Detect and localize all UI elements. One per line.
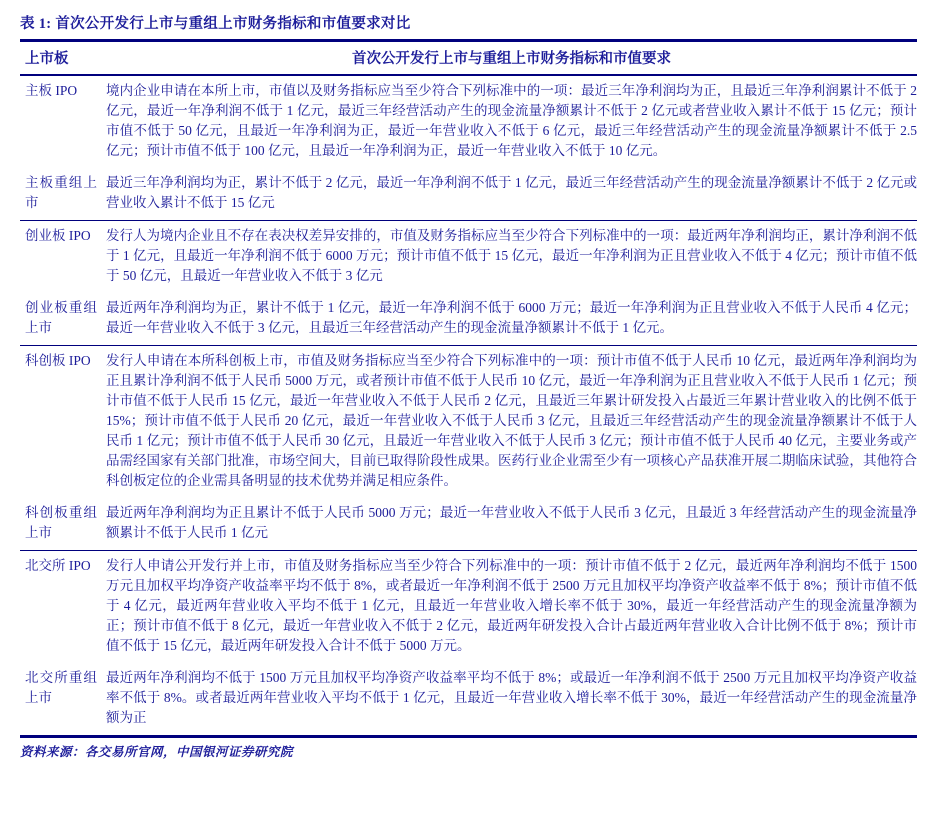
table-header-row: 上市板 首次公开发行上市与重组上市财务指标和市值要求: [20, 42, 917, 76]
table-row: 北交所 IPO 发行人申请公开发行并上市，市值及财务指标应当至少符合下列标准中的…: [20, 551, 917, 663]
table-row: 主板 IPO 境内企业申请在本所上市，市值以及财务指标应当至少符合下列标准中的一…: [20, 76, 917, 168]
row-requirements: 最近两年净利润均不低于 1500 万元且加权平均净资产收益率平均不低于 8%；或…: [106, 668, 917, 728]
board-label: 科创板 IPO: [25, 351, 97, 491]
board-label: 创业板 IPO: [25, 226, 97, 286]
table-group-star-market: 科创板 IPO 发行人申请在本所科创板上市，市值及财务指标应当至少符合下列标准中…: [20, 346, 917, 551]
row-requirements: 发行人为境内企业且不存在表决权差异安排的，市值及财务指标应当至少符合下列标准中的…: [106, 226, 917, 286]
table-row: 科创板重组上市 最近两年净利润均为正且累计不低于人民币 5000 万元；最近一年…: [20, 498, 917, 550]
source-label: 资料来源：: [20, 745, 85, 759]
row-requirements: 最近三年净利润均为正，累计不低于 2 亿元，最近一年净利润不低于 1 亿元，最近…: [106, 173, 917, 213]
header-criteria-column: 首次公开发行上市与重组上市财务指标和市值要求: [106, 47, 917, 68]
table-row: 科创板 IPO 发行人申请在本所科创板上市，市值及财务指标应当至少符合下列标准中…: [20, 346, 917, 498]
row-requirements: 发行人申请在本所科创板上市，市值及财务指标应当至少符合下列标准中的一项：预计市值…: [106, 351, 917, 491]
requirements-table: 上市板 首次公开发行上市与重组上市财务指标和市值要求 主板 IPO 境内企业申请…: [20, 39, 917, 738]
table-row: 创业板重组上市 最近两年净利润均为正，累计不低于 1 亿元，最近一年净利润不低于…: [20, 293, 917, 345]
table-group-bse: 北交所 IPO 发行人申请公开发行并上市，市值及财务指标应当至少符合下列标准中的…: [20, 551, 917, 735]
table-group-chinext: 创业板 IPO 发行人为境内企业且不存在表决权差异安排的，市值及财务指标应当至少…: [20, 221, 917, 346]
board-label: 北交所 IPO: [25, 556, 97, 656]
board-label: 主板 IPO: [25, 81, 97, 161]
board-label: 北交所重组上市: [25, 668, 97, 728]
row-requirements: 最近两年净利润均为正，累计不低于 1 亿元，最近一年净利润不低于 6000 万元…: [106, 298, 917, 338]
row-requirements: 发行人申请公开发行并上市，市值及财务指标应当至少符合下列标准中的一项：预计市值不…: [106, 556, 917, 656]
board-label: 创业板重组上市: [25, 298, 97, 338]
board-label: 主板重组上市: [25, 173, 97, 213]
table-title: 表 1: 首次公开发行上市与重组上市财务指标和市值要求对比: [20, 10, 917, 39]
source-note: 资料来源：各交易所官网，中国银河证券研究院: [20, 738, 917, 760]
board-label: 科创板重组上市: [25, 503, 97, 543]
source-text: 各交易所官网，中国银河证券研究院: [85, 745, 293, 759]
table-row: 北交所重组上市 最近两年净利润均不低于 1500 万元且加权平均净资产收益率平均…: [20, 663, 917, 735]
table-row: 主板重组上市 最近三年净利润均为正，累计不低于 2 亿元，最近一年净利润不低于 …: [20, 168, 917, 220]
row-requirements: 境内企业申请在本所上市，市值以及财务指标应当至少符合下列标准中的一项：最近三年净…: [106, 81, 917, 161]
header-board-column: 上市板: [20, 47, 106, 68]
row-requirements: 最近两年净利润均为正且累计不低于人民币 5000 万元；最近一年营业收入不低于人…: [106, 503, 917, 543]
report-page: 表 1: 首次公开发行上市与重组上市财务指标和市值要求对比 上市板 首次公开发行…: [0, 0, 931, 827]
table-group-main-board: 主板 IPO 境内企业申请在本所上市，市值以及财务指标应当至少符合下列标准中的一…: [20, 76, 917, 221]
table-row: 创业板 IPO 发行人为境内企业且不存在表决权差异安排的，市值及财务指标应当至少…: [20, 221, 917, 293]
